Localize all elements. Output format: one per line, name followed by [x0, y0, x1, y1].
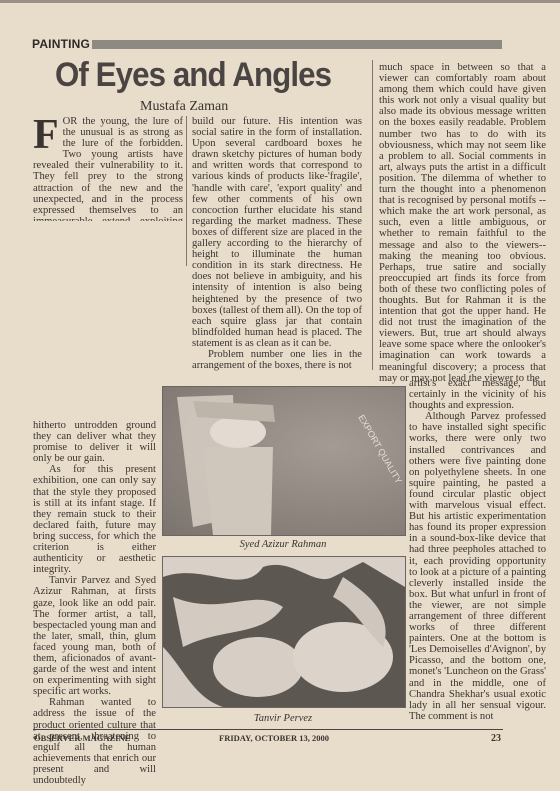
paragraph: artist's exact message, but certainly in… [409, 378, 546, 411]
footer-date: FRIDAY, OCTOBER 13, 2000 [219, 733, 329, 743]
paragraph: As for this present exhibition, one can … [33, 464, 156, 575]
drop-cap: F [33, 118, 59, 152]
photo-caption: Tanvir Pervez [162, 713, 404, 724]
page-top-edge [0, 0, 560, 3]
column-divider [372, 60, 373, 370]
footer-publication: OBSERVER MAGAZINE [34, 733, 130, 743]
section-rule [92, 40, 502, 49]
paragraph: hitherto untrodden ground they can deliv… [33, 420, 156, 464]
column-3: much space in between so that a viewer c… [379, 62, 546, 384]
photo-painting-figures [162, 556, 406, 708]
footer-page-number: 23 [491, 733, 501, 744]
installation-photo-graphic: EXPORT QUALITY [163, 387, 405, 535]
column-3-narrow: artist's exact message, but certainly in… [409, 378, 546, 722]
paragraph: Tanvir Parvez and Syed Azizur Rahman, at… [33, 575, 156, 697]
column-2: build our future. His intention was soci… [192, 116, 362, 371]
footer-rule [33, 729, 503, 730]
column-1-intro: F OR the young, the lure of the unusual … [33, 116, 183, 221]
column-1-narrow: hitherto untrodden ground they can deliv… [33, 420, 156, 786]
photo-caption: Syed Azizur Rahman [162, 539, 404, 550]
article-byline: Mustafa Zaman [140, 99, 228, 115]
painting-photo-graphic [163, 557, 405, 707]
article-headline: Of Eyes and Angles [55, 56, 322, 95]
section-header: PAINTING [32, 38, 502, 51]
paragraph: build our future. His intention was soci… [192, 116, 362, 349]
column-divider [186, 116, 187, 266]
section-label: PAINTING [32, 37, 90, 51]
paragraph: Problem number one lies in the arrangeme… [192, 349, 362, 371]
paragraph: Although Parvez professed to have instal… [409, 411, 546, 722]
photo-installation-boxes: EXPORT QUALITY [162, 386, 406, 536]
paragraph: much space in between so that a viewer c… [379, 62, 546, 384]
svg-text:EXPORT QUALITY: EXPORT QUALITY [356, 413, 404, 485]
